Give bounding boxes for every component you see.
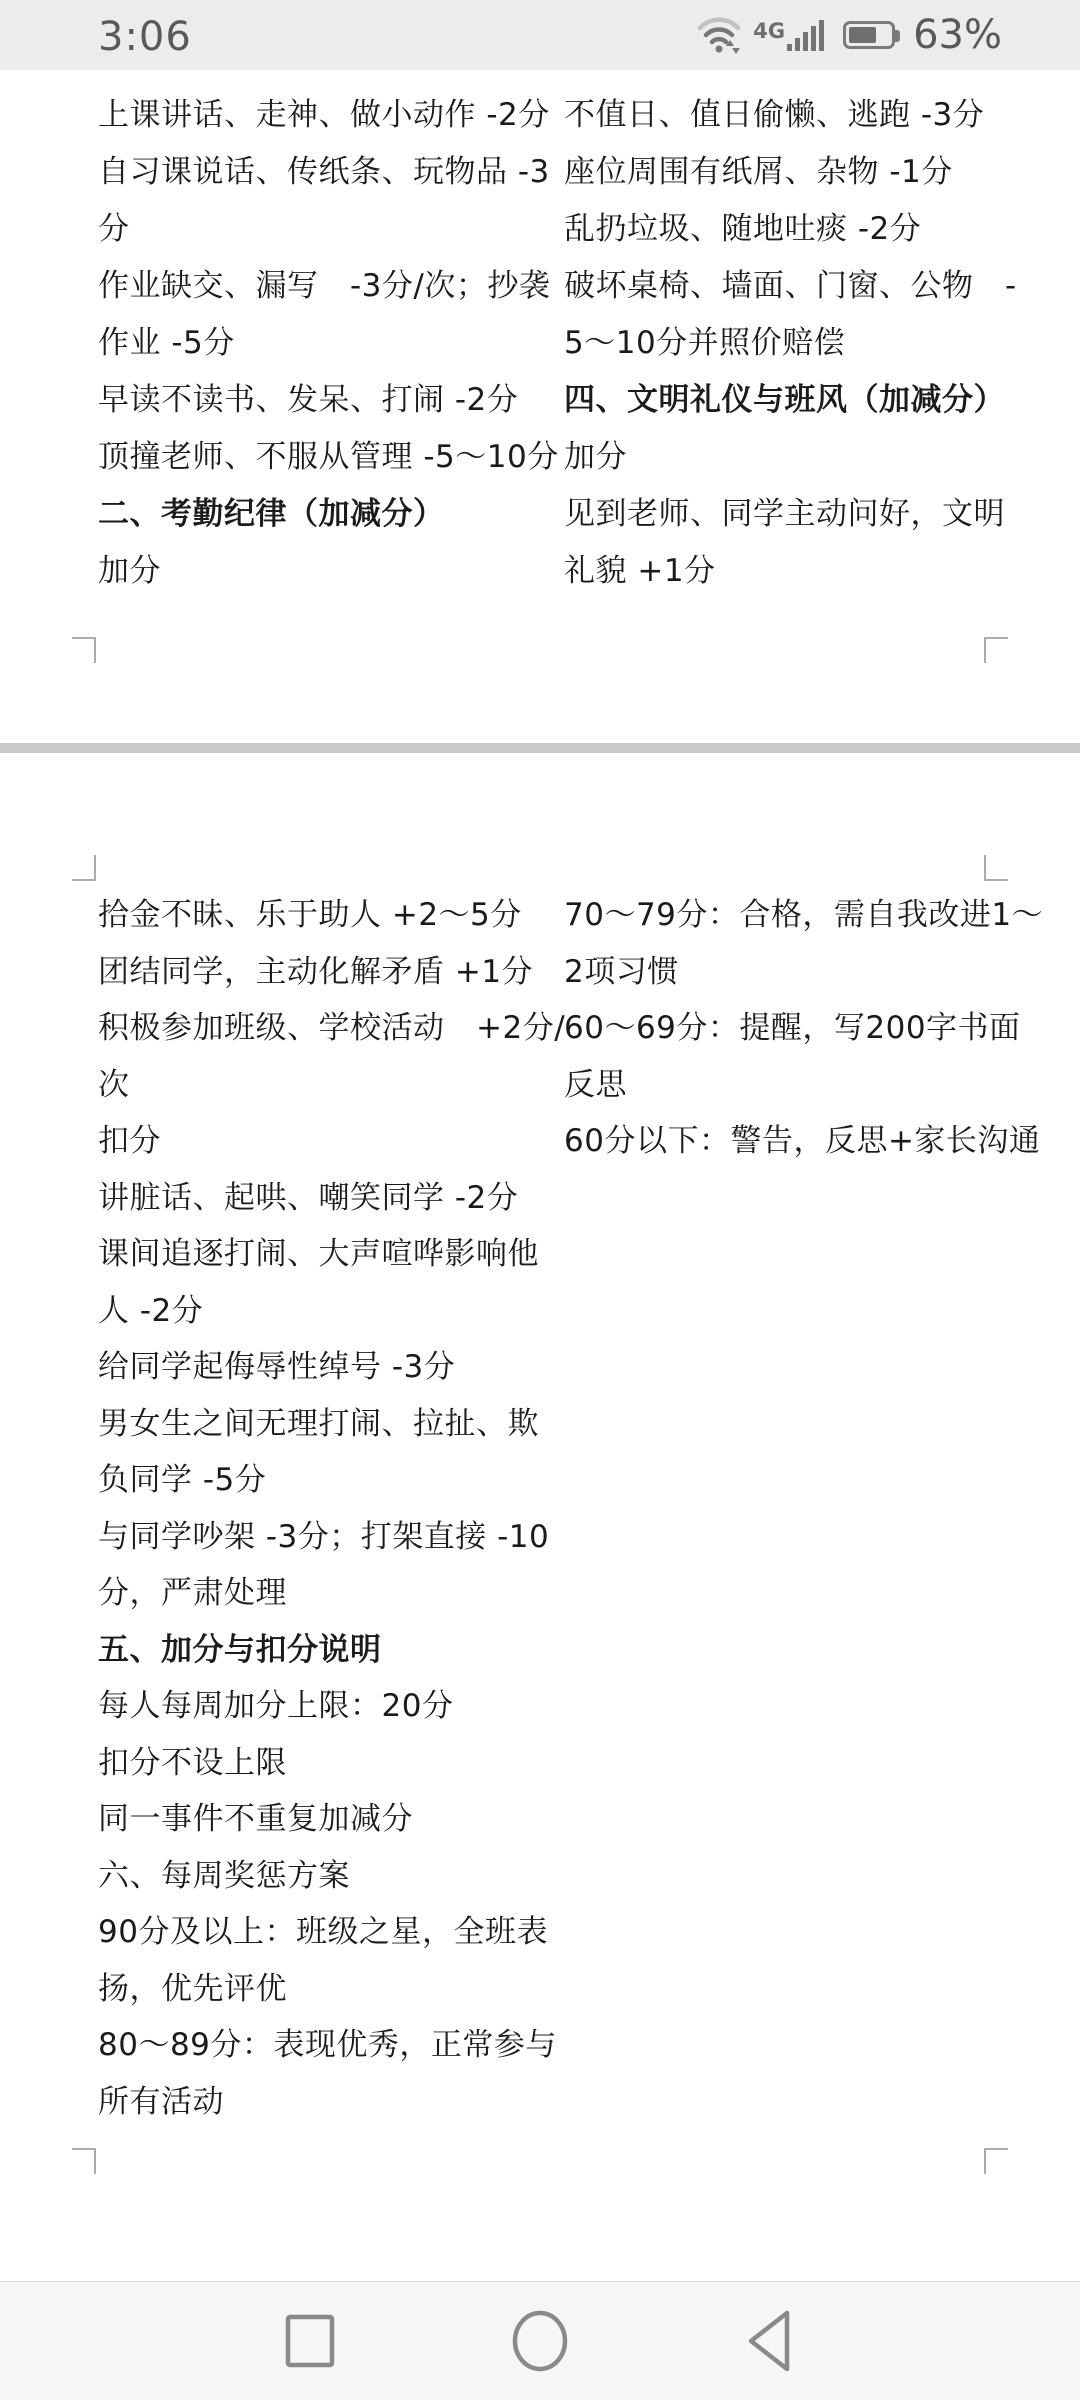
text-boundary-mark bbox=[984, 637, 1008, 663]
text-line: 5～10分并照价赔偿 bbox=[564, 315, 1004, 372]
status-time: 3:06 bbox=[98, 2, 192, 72]
text-line: 加分 bbox=[564, 429, 1004, 486]
status-bar: 3:06 4G bbox=[0, 0, 1080, 70]
circle-icon bbox=[511, 2309, 569, 2373]
back-button[interactable] bbox=[655, 2282, 885, 2400]
text-line: 与同学吵架 -3分；打架直接 -10 bbox=[98, 1509, 548, 1566]
text-line: 人 -2分 bbox=[98, 1283, 548, 1340]
text-line: 作业 -5分 bbox=[98, 315, 548, 372]
network-type-label: 4G bbox=[753, 19, 785, 43]
square-icon bbox=[284, 2313, 336, 2369]
text-line: 早读不读书、发呆、打闹 -2分 bbox=[98, 372, 548, 429]
text-line: 每人每周加分上限：20分 bbox=[98, 1678, 548, 1735]
text-line: 自习课说话、传纸条、玩物品 -3 bbox=[98, 144, 548, 201]
text-line: 团结同学，主动化解矛盾 +1分 bbox=[98, 944, 548, 1001]
text-line: 60分以下：警告，反思+家长沟通 bbox=[564, 1113, 1004, 1170]
page1-right-column: 不值日、值日偷懒、逃跑 -3分座位周围有纸屑、杂物 -1分乱扔垃圾、随地吐痰 -… bbox=[564, 87, 1004, 600]
battery-percent: 63% bbox=[913, 12, 1002, 58]
text-line: 作业缺交、漏写 -3分/次；抄袭 bbox=[98, 258, 548, 315]
document-page-2[interactable]: 拾金不昧、乐于助人 +2～5分团结同学，主动化解矛盾 +1分积极参加班级、学校活… bbox=[0, 753, 1080, 2281]
home-button[interactable] bbox=[425, 2282, 655, 2400]
text-boundary-mark bbox=[72, 855, 96, 881]
text-line: 课间追逐打闹、大声喧哗影响他 bbox=[98, 1226, 548, 1283]
text-line: 扬，优先评优 bbox=[98, 1961, 548, 2018]
text-line: 所有活动 bbox=[98, 2074, 548, 2131]
text-line: 给同学起侮辱性绰号 -3分 bbox=[98, 1339, 548, 1396]
text-line: 不值日、值日偷懒、逃跑 -3分 bbox=[564, 87, 1004, 144]
text-line: 破坏桌椅、墙面、门窗、公物 - bbox=[564, 258, 1004, 315]
phone-screen: 3:06 4G bbox=[0, 0, 1080, 2400]
text-line: 二、考勤纪律（加减分） bbox=[98, 486, 548, 543]
battery-nub bbox=[895, 30, 900, 42]
text-line: 次 bbox=[98, 1057, 548, 1114]
text-line: 五、加分与扣分说明 bbox=[98, 1622, 548, 1679]
text-boundary-mark bbox=[72, 637, 96, 663]
text-line: 礼貌 +1分 bbox=[564, 543, 1004, 600]
text-line: 80～89分：表现优秀，正常参与 bbox=[98, 2017, 548, 2074]
text-line: 反思 bbox=[564, 1057, 1004, 1114]
text-line: 分 bbox=[98, 201, 548, 258]
document-page-1[interactable]: 上课讲话、走神、做小动作 -2分自习课说话、传纸条、玩物品 -3分作业缺交、漏写… bbox=[0, 70, 1080, 743]
text-line: 90分及以上：班级之星，全班表 bbox=[98, 1904, 548, 1961]
text-line: 座位周围有纸屑、杂物 -1分 bbox=[564, 144, 1004, 201]
text-line: 扣分 bbox=[98, 1113, 548, 1170]
navigation-bar bbox=[0, 2281, 1080, 2400]
text-line: 60～69分：提醒，写200字书面 bbox=[564, 1000, 1004, 1057]
text-line: 上课讲话、走神、做小动作 -2分 bbox=[98, 87, 548, 144]
text-line: 讲脏话、起哄、嘲笑同学 -2分 bbox=[98, 1170, 548, 1227]
page1-left-column: 上课讲话、走神、做小动作 -2分自习课说话、传纸条、玩物品 -3分作业缺交、漏写… bbox=[98, 87, 548, 600]
text-line: 见到老师、同学主动问好，文明 bbox=[564, 486, 1004, 543]
text-boundary-mark bbox=[984, 855, 1008, 881]
text-line: 分，严肃处理 bbox=[98, 1565, 548, 1622]
recents-button[interactable] bbox=[195, 2282, 425, 2400]
text-line: 男女生之间无理打闹、拉扯、欺 bbox=[98, 1396, 548, 1453]
text-line: 70～79分：合格，需自我改进1～ bbox=[564, 887, 1004, 944]
page2-left-column: 拾金不昧、乐于助人 +2～5分团结同学，主动化解矛盾 +1分积极参加班级、学校活… bbox=[98, 887, 548, 2130]
cellular-signal: 4G bbox=[753, 15, 827, 55]
page2-right-column: 70～79分：合格，需自我改进1～2项习惯60～69分：提醒，写200字书面反思… bbox=[564, 887, 1004, 1170]
battery-icon bbox=[843, 21, 895, 49]
wifi-icon bbox=[695, 12, 743, 58]
status-icons: 4G 63% bbox=[695, 12, 1002, 58]
text-line: 积极参加班级、学校活动 +2分/ bbox=[98, 1000, 548, 1057]
text-boundary-mark bbox=[984, 2148, 1008, 2174]
text-line: 乱扔垃圾、随地吐痰 -2分 bbox=[564, 201, 1004, 258]
text-line: 四、文明礼仪与班风（加减分） bbox=[564, 372, 1004, 429]
text-line: 六、每周奖惩方案 bbox=[98, 1848, 548, 1905]
signal-bars-icon bbox=[787, 15, 827, 55]
text-line: 同一事件不重复加减分 bbox=[98, 1791, 548, 1848]
battery-fill bbox=[849, 27, 876, 43]
back-triangle-icon bbox=[745, 2308, 795, 2374]
text-line: 负同学 -5分 bbox=[98, 1452, 548, 1509]
text-line: 拾金不昧、乐于助人 +2～5分 bbox=[98, 887, 548, 944]
text-line: 加分 bbox=[98, 543, 548, 600]
text-line: 2项习惯 bbox=[564, 944, 1004, 1001]
page-gap bbox=[0, 743, 1080, 753]
text-line: 顶撞老师、不服从管理 -5～10分 bbox=[98, 429, 548, 486]
text-boundary-mark bbox=[72, 2148, 96, 2174]
text-line: 扣分不设上限 bbox=[98, 1735, 548, 1792]
